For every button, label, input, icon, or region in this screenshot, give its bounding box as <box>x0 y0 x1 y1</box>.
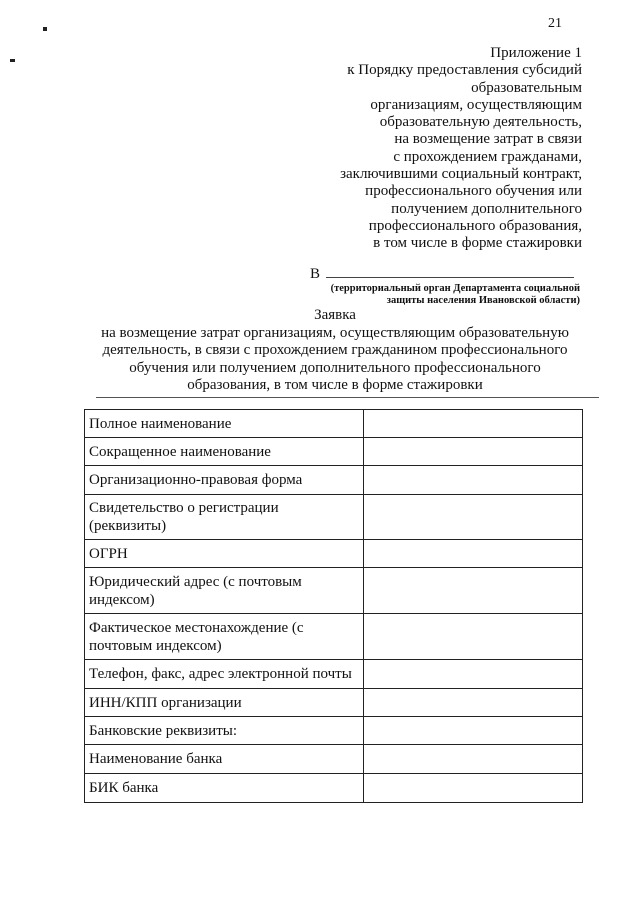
addressee-prefix: В <box>310 266 320 282</box>
field-label: Юридический адрес (с почтовым индексом) <box>85 568 364 614</box>
page-number: 21 <box>548 16 562 32</box>
field-label: Организационно-правовая форма <box>85 466 364 495</box>
document-title: Заявка на возмещение затрат организациям… <box>80 307 590 395</box>
appendix-line: на возмещение затрат в связи <box>262 131 582 148</box>
caption-line: защиты населения Ивановской области) <box>331 295 580 307</box>
field-label: ОГРН <box>85 540 364 568</box>
addressee-blank-field[interactable] <box>326 265 574 278</box>
table-row: Банковские реквизиты: <box>85 717 583 745</box>
field-label: Банковские реквизиты: <box>85 717 364 745</box>
field-label: Фактическое местонахождение (с почтовым … <box>85 614 364 660</box>
divider <box>96 397 599 398</box>
field-value-cell[interactable] <box>364 717 583 745</box>
field-label: Наименование банка <box>85 745 364 774</box>
field-value-cell[interactable] <box>364 466 583 495</box>
addressee-caption: (территориальный орган Департамента соци… <box>331 283 580 307</box>
appendix-line: к Порядку предоставления субсидий <box>262 62 582 79</box>
table-row: Телефон, факс, адрес электронной почты <box>85 660 583 689</box>
scan-speck <box>10 59 15 62</box>
field-label: Свидетельство о регистрации (реквизиты) <box>85 495 364 540</box>
application-form-table: Полное наименованиеСокращенное наименова… <box>84 409 583 803</box>
field-value-cell[interactable] <box>364 438 583 466</box>
table-row: БИК банка <box>85 774 583 803</box>
appendix-line: профессионального образования, <box>262 218 582 235</box>
title-line: образования, в том числе в форме стажиро… <box>80 377 590 395</box>
field-label: Полное наименование <box>85 410 364 438</box>
table-row: Организационно-правовая форма <box>85 466 583 495</box>
table-row: ИНН/КПП организации <box>85 689 583 717</box>
appendix-line: получением дополнительного <box>262 201 582 218</box>
field-value-cell[interactable] <box>364 745 583 774</box>
field-value-cell[interactable] <box>364 568 583 614</box>
table-row: ОГРН <box>85 540 583 568</box>
field-value-cell[interactable] <box>364 540 583 568</box>
title-line: обучения или получением дополнительного … <box>80 360 590 378</box>
field-label: Телефон, факс, адрес электронной почты <box>85 660 364 689</box>
table-row: Сокращенное наименование <box>85 438 583 466</box>
field-label: Сокращенное наименование <box>85 438 364 466</box>
addressee-line: В <box>310 265 574 283</box>
field-value-cell[interactable] <box>364 614 583 660</box>
appendix-line: в том числе в форме стажировки <box>262 235 582 252</box>
caption-line: (территориальный орган Департамента соци… <box>331 283 580 295</box>
title-line: на возмещение затрат организациям, осуще… <box>80 325 590 343</box>
field-label: БИК банка <box>85 774 364 803</box>
field-value-cell[interactable] <box>364 495 583 540</box>
title-line: деятельность, в связи с прохождением гра… <box>80 342 590 360</box>
table-row: Полное наименование <box>85 410 583 438</box>
title-heading: Заявка <box>80 307 590 325</box>
table-row: Юридический адрес (с почтовым индексом) <box>85 568 583 614</box>
appendix-line: заключившими социальный контракт, <box>262 166 582 183</box>
field-label: ИНН/КПП организации <box>85 689 364 717</box>
appendix-line: образовательным <box>262 80 582 97</box>
appendix-line: организациям, осуществляющим <box>262 97 582 114</box>
field-value-cell[interactable] <box>364 689 583 717</box>
field-value-cell[interactable] <box>364 660 583 689</box>
field-value-cell[interactable] <box>364 410 583 438</box>
appendix-line: Приложение 1 <box>262 45 582 62</box>
appendix-header: Приложение 1 к Порядку предоставления су… <box>262 45 582 253</box>
scan-speck <box>43 27 47 31</box>
table-row: Фактическое местонахождение (с почтовым … <box>85 614 583 660</box>
table-row: Наименование банка <box>85 745 583 774</box>
table-row: Свидетельство о регистрации (реквизиты) <box>85 495 583 540</box>
appendix-line: образовательную деятельность, <box>262 114 582 131</box>
appendix-line: с прохождением гражданами, <box>262 149 582 166</box>
appendix-line: профессионального обучения или <box>262 183 582 200</box>
field-value-cell[interactable] <box>364 774 583 803</box>
